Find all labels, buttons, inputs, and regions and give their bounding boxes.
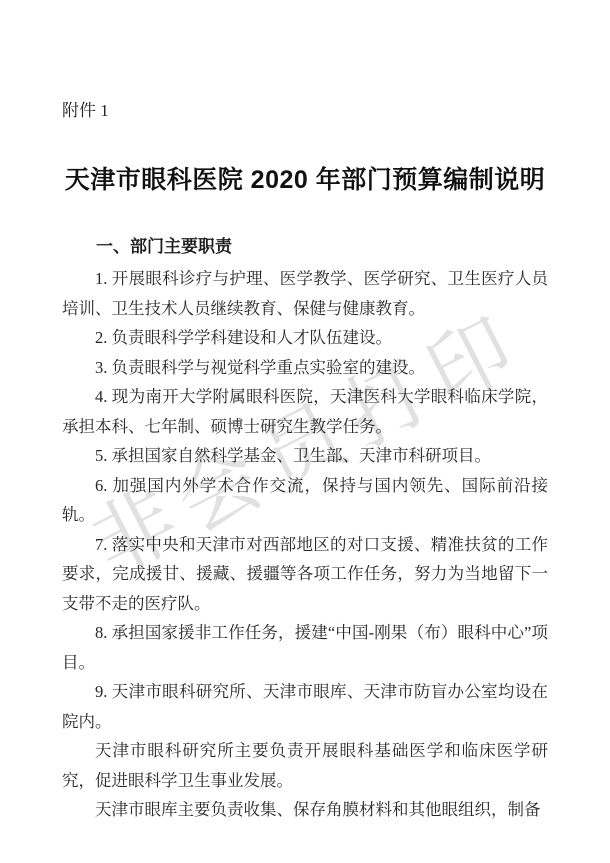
- paragraph-duty-2: 2. 负责眼科学学科建设和人才队伍建设。: [62, 323, 548, 353]
- paragraph-duty-6: 6. 加强国内外学术合作交流，保持与国内领先、国际前沿接轨。: [62, 471, 548, 530]
- paragraph-duty-7: 7. 落实中央和天津市对西部地区的对口支援、精准扶贫的工作要求，完成援甘、援藏、…: [62, 530, 548, 619]
- document-content: 附件 1 天津市眼科医院 2020 年部门预算编制说明 一、部门主要职责 1. …: [62, 100, 548, 825]
- paragraph-duty-4: 4. 现为南开大学附属眼科医院，天津医科大学眼科临床学院，承担本科、七年制、硕博…: [62, 382, 548, 441]
- attachment-label: 附件 1: [62, 100, 548, 122]
- paragraph-duty-3: 3. 负责眼科学与视觉科学重点实验室的建设。: [62, 353, 548, 383]
- paragraph-duty-1: 1. 开展眼科诊疗与护理、医学教学、医学研究、卫生医疗人员培训、卫生技术人员继续…: [62, 264, 548, 323]
- paragraph-institute: 天津市眼科研究所主要负责开展眼科基础医学和临床医学研究，促进眼科学卫生事业发展。: [62, 736, 548, 795]
- paragraph-duty-5: 5. 承担国家自然科学基金、卫生部、天津市科研项目。: [62, 441, 548, 471]
- paragraph-duty-8: 8. 承担国家援非工作任务，援建“中国-刚果（布）眼科中心”项目。: [62, 618, 548, 677]
- paragraph-duty-9: 9. 天津市眼科研究所、天津市眼库、天津市防盲办公室均设在院内。: [62, 677, 548, 736]
- section-heading: 一、部门主要职责: [62, 235, 548, 259]
- document-page: 非会员打印 附件 1 天津市眼科医院 2020 年部门预算编制说明 一、部门主要…: [0, 0, 610, 863]
- page-title: 天津市眼科医院 2020 年部门预算编制说明: [62, 164, 548, 196]
- paragraph-eye-bank: 天津市眼库主要负责收集、保存角膜材料和其他眼组织，制备: [62, 795, 548, 825]
